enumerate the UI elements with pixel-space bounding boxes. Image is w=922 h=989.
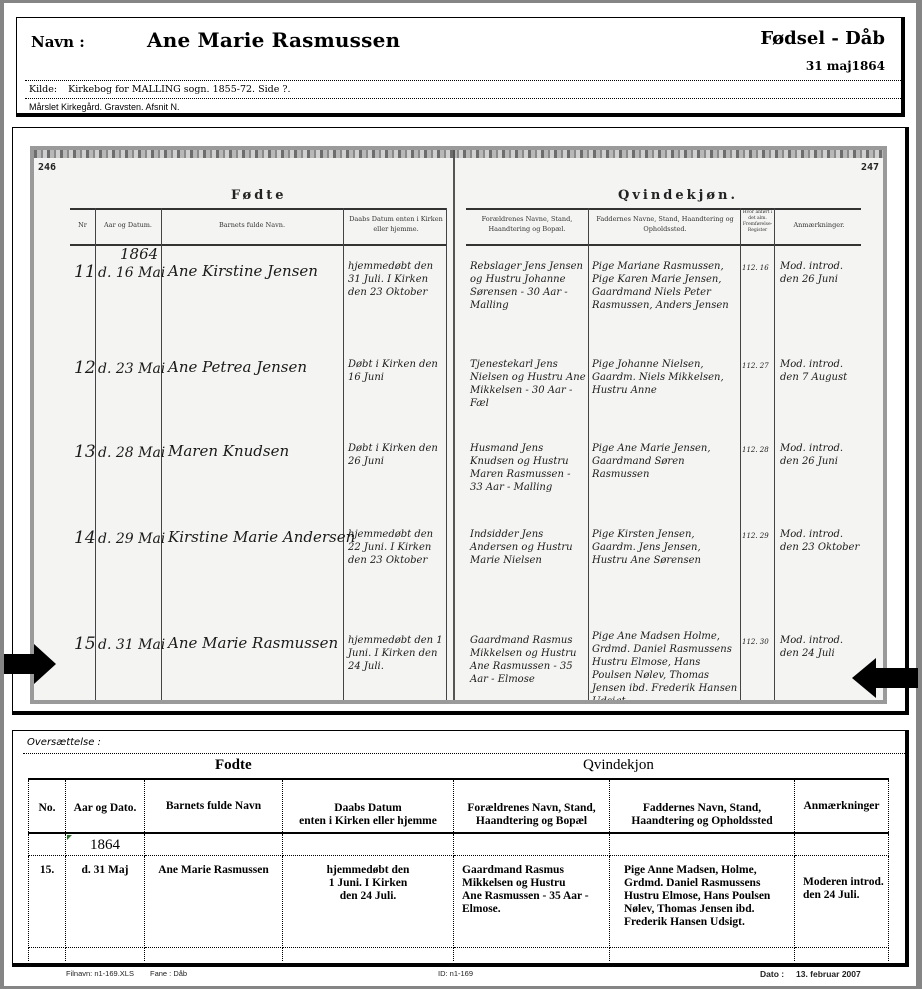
col-header-remarks: Anmærkninger bbox=[795, 779, 889, 833]
scan-col-header: Anmærkninger. bbox=[776, 220, 862, 230]
right-arrow-icon bbox=[4, 644, 56, 684]
scan-col-header: Barnets fulde Navn. bbox=[161, 220, 343, 230]
scan-row-remarks: Mod. introd. den 26 Juni bbox=[780, 442, 860, 468]
entry-date: d. 31 Maj bbox=[66, 855, 145, 947]
year-cell[interactable]: 1864 bbox=[66, 833, 145, 855]
scan-col-header: Faddernes Navne, Stand, Haandtering og O… bbox=[590, 214, 740, 234]
scan-row-sponsors: Pige Kirsten Jensen, Gaardm. Jens Jensen… bbox=[592, 528, 738, 567]
col-header-no: No. bbox=[29, 779, 66, 833]
event-date: 31 maj1864 bbox=[806, 59, 885, 73]
column-line bbox=[740, 208, 741, 700]
col-header-sponsors: Faddernes Navn, Stand, Haandtering og Op… bbox=[610, 779, 795, 833]
column-line bbox=[588, 208, 589, 700]
grave-note: Mårslet Kirkegård. Gravsten. Afsnit N. bbox=[29, 102, 180, 112]
col-header-baptism: Daabs Datum enten i Kirken eller hjemme bbox=[283, 779, 454, 833]
scan-row-number: 14 bbox=[74, 528, 96, 548]
col-header-child-name: Barnets fulde Navn bbox=[145, 779, 283, 833]
source-label: Kilde: bbox=[29, 84, 57, 95]
scan-row-number: 12 bbox=[74, 358, 96, 378]
footer-date-value: 13. februar 2007 bbox=[796, 969, 861, 979]
scan-row-parents: Rebslager Jens Jensen og Hustru Johanne … bbox=[470, 260, 586, 312]
column-line bbox=[343, 208, 344, 700]
scan-col-header: Forældrenes Navne, Stand, Haandtering og… bbox=[468, 214, 586, 234]
header-rule bbox=[70, 208, 446, 210]
entry-remarks: Moderen introd. den 24 Juli. bbox=[795, 855, 889, 947]
footer-date-label: Dato : bbox=[760, 969, 784, 979]
scan-row-sponsors: Pige Ane Madsen Holme, Grdmd. Daniel Ras… bbox=[592, 630, 738, 704]
scan-row-sponsors: Pige Ane Marie Jensen, Gaardmand Søren R… bbox=[592, 442, 738, 481]
scan-row-remarks: Mod. introd. den 24 Juli bbox=[780, 634, 860, 660]
scan-col-header: Hvor anført i det alm. Fremførelse-Regis… bbox=[741, 210, 774, 234]
scan-row-parents: Gaardmand Rasmus Mikkelsen og Hustru Ane… bbox=[470, 634, 586, 686]
scan-row-number: 11 bbox=[74, 262, 96, 282]
scan-row-remarks: Mod. introd. den 7 August bbox=[780, 358, 860, 384]
translation-table: No. Aar og Dato. Barnets fulde Navn Daab… bbox=[28, 778, 889, 961]
left-page-title: Fødte bbox=[231, 188, 287, 203]
footer-sheet: Fane : Dåb bbox=[150, 969, 187, 978]
scan-row-name: Kirstine Marie Andersen bbox=[168, 528, 355, 546]
section-title-fodte: Fodte bbox=[215, 757, 252, 774]
header-rule bbox=[466, 208, 861, 210]
entry-parents: Gaardmand Rasmus Mikkelsen og Hustru Ane… bbox=[454, 855, 610, 947]
divider bbox=[25, 80, 901, 81]
scan-row-remarks: Mod. introd. den 23 Oktober bbox=[780, 528, 860, 554]
scan-col-header: Aar og Datum. bbox=[95, 220, 161, 230]
scan-row-baptism: hjemmedøbt den 22 Juni. I Kirken den 23 … bbox=[348, 528, 444, 567]
scan-row-number: 13 bbox=[74, 442, 96, 462]
scan-panel: 246 247 Fødte Qvindekjøn. Nr Aar og Datu… bbox=[12, 127, 909, 715]
table-row: 15. d. 31 Maj Ane Marie Rasmussen hjemme… bbox=[29, 855, 889, 947]
scan-row-register: 112. 16 bbox=[742, 262, 769, 275]
source-line: Kilde: Kirkebog for MALLING sogn. 1855-7… bbox=[29, 84, 290, 95]
scan-row-parents: Tjenestekarl Jens Nielsen og Hustru Ane … bbox=[470, 358, 586, 410]
scan-row-name: Maren Knudsen bbox=[168, 442, 289, 460]
scan-row-remarks: Mod. introd. den 26 Juni bbox=[780, 260, 860, 286]
scan-row-parents: Indsidder Jens Andersen og Hustru Marie … bbox=[470, 528, 586, 567]
scan-col-header: Daabs Datum enten i Kirken eller hjemme. bbox=[346, 214, 446, 234]
name-label: Navn : bbox=[31, 33, 85, 51]
scan-col-header: Nr bbox=[70, 220, 95, 230]
person-name: Ane Marie Rasmussen bbox=[147, 28, 400, 52]
scan-row-date: d. 29 Mai bbox=[98, 531, 165, 547]
column-line bbox=[774, 208, 775, 700]
right-page-number: 247 bbox=[861, 162, 879, 173]
scan-row-date: d. 16 Mai bbox=[98, 265, 165, 281]
header-rule bbox=[466, 244, 861, 246]
divider bbox=[25, 98, 901, 99]
record-header: Navn : Ane Marie Rasmussen Fødsel - Dåb … bbox=[16, 17, 905, 117]
left-page-number: 246 bbox=[38, 162, 56, 173]
scan-row-register: 112. 30 bbox=[742, 636, 769, 649]
translation-label: Oversættelse : bbox=[27, 737, 101, 748]
scan-row-sponsors: Pige Johanne Nielsen, Gaardm. Niels Mikk… bbox=[592, 358, 738, 397]
section-title-qvindekjon: Qvindekjon bbox=[583, 757, 654, 774]
scan-row-baptism: Døbt i Kirken den 26 Juni bbox=[348, 442, 444, 468]
footer-filename: Filnavn: n1-169.XLS bbox=[66, 969, 134, 978]
scan-row-register: 112. 29 bbox=[742, 530, 769, 543]
page-fold bbox=[453, 150, 455, 700]
source-value: Kirkebog for MALLING sogn. 1855-72. Side… bbox=[68, 84, 290, 95]
scan-row-register: 112. 27 bbox=[742, 360, 769, 373]
scan-row-date: d. 31 Mai bbox=[98, 637, 165, 653]
scan-row-name: Ane Marie Rasmussen bbox=[168, 634, 338, 652]
scan-row-name: Ane Petrea Jensen bbox=[168, 358, 307, 376]
col-header-parents: Forældrenes Navn, Stand, Haandtering og … bbox=[454, 779, 610, 833]
translation-panel: Oversættelse : Fodte Qvindekjon No. Aar … bbox=[12, 730, 909, 967]
right-page-title: Qvindekjøn. bbox=[618, 188, 738, 203]
scan-edge bbox=[34, 150, 883, 158]
scan-row-number: 15 bbox=[74, 634, 96, 654]
column-line bbox=[446, 208, 447, 700]
table-header-row: No. Aar og Dato. Barnets fulde Navn Daab… bbox=[29, 779, 889, 833]
entry-sponsors: Pige Anne Madsen, Holme, Grdmd. Daniel R… bbox=[610, 855, 795, 947]
cell-comment-marker bbox=[67, 835, 72, 840]
church-book-scan: 246 247 Fødte Qvindekjøn. Nr Aar og Datu… bbox=[30, 146, 887, 704]
left-arrow-icon bbox=[852, 658, 918, 698]
scan-row-date: d. 23 Mai bbox=[98, 361, 165, 377]
scan-row-baptism: Døbt i Kirken den 16 Juni bbox=[348, 358, 444, 384]
table-row-year: 1864 bbox=[29, 833, 889, 855]
scan-year: 1864 bbox=[120, 245, 158, 263]
scan-row-baptism: hjemmedøbt den 31 Juli. I Kirken den 23 … bbox=[348, 260, 444, 299]
col-header-date: Aar og Dato. bbox=[66, 779, 145, 833]
entry-child-name: Ane Marie Rasmussen bbox=[145, 855, 283, 947]
table-row-empty bbox=[29, 947, 889, 961]
scan-row-sponsors: Pige Mariane Rasmussen, Pige Karen Marie… bbox=[592, 260, 738, 312]
scan-row-date: d. 28 Mai bbox=[98, 445, 165, 461]
event-type: Fødsel - Dåb bbox=[760, 28, 885, 49]
scan-row-parents: Husmand Jens Knudsen og Hustru Maren Ras… bbox=[470, 442, 586, 494]
entry-baptism: hjemmedøbt den 1 Juni. I Kirken den 24 J… bbox=[283, 855, 454, 947]
scan-row-name: Ane Kirstine Jensen bbox=[168, 262, 318, 280]
scan-row-baptism: hjemmedøbt den 1 Juni. I Kirken den 24 J… bbox=[348, 634, 444, 673]
scan-row-register: 112. 28 bbox=[742, 444, 769, 457]
divider bbox=[23, 753, 905, 754]
footer-id: ID: n1-169 bbox=[438, 969, 473, 978]
entry-number: 15. bbox=[29, 855, 66, 947]
